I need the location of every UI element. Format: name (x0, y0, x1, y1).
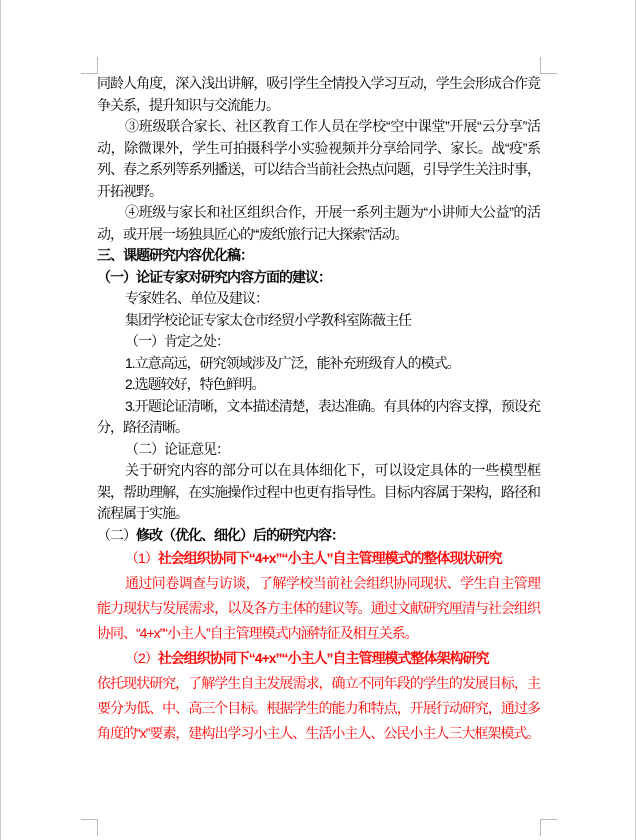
paragraph-text: 3.开题论证清晰，文本描述清楚，表达准确。有具体的内容支撑，预设充分，路径清晰。 (97, 398, 540, 436)
paragraph: 3.开题论证清晰，文本描述清楚，表达准确。有具体的内容支撑，预设充分，路径清晰。 (97, 396, 540, 439)
paragraph: 专家姓名、单位及建议： (97, 288, 540, 310)
paragraph-text: 通过问卷调查与访谈，了解学校当前社会组织协同现状、学生自主管理能力现状与发展需求… (97, 575, 540, 641)
paragraph-text: 关于研究内容的部分可以在具体细化下，可以设定具体的一些模型框架，帮助理解，在实施… (97, 462, 540, 521)
paragraph-prefix: （1） (125, 550, 158, 566)
paragraph: 同龄人角度，深入浅出讲解，吸引学生全情投入学习互动，学生会形成合作竞争关系，提升… (97, 73, 540, 116)
paragraph: 1.立意高远，研究领域涉及广泛，能补充班级育人的模式。 (97, 353, 540, 375)
paragraph: 三、课题研究内容优化稿： (97, 245, 540, 267)
document-page: 同龄人角度，深入浅出讲解，吸引学生全情投入学习互动，学生会形成合作竞争关系，提升… (0, 0, 637, 840)
paragraph: 依托现状研究，了解学生自主发展需求，确立不同年段的学生的发展目标，主要分为低、中… (97, 671, 540, 746)
paragraph-text: 社会组织协同下“4+x”“小主人”自主管理模式整体架构研究 (158, 650, 489, 666)
paragraph-text: 1.立意高远，研究领域涉及广泛，能补充班级育人的模式。 (125, 355, 460, 371)
paragraph: （二）论证意见： (97, 439, 540, 461)
paragraph-text: 同龄人角度，深入浅出讲解，吸引学生全情投入学习互动，学生会形成合作竞争关系，提升… (97, 75, 540, 113)
paragraph-prefix: （二） (97, 527, 136, 543)
paragraph: 2.选题较好，特色鲜明。 (97, 374, 540, 396)
paragraph-text: ④班级与家长和社区组织合作，开展一系列主题为“小讲师大公益”的活动，或开展一场独… (97, 204, 540, 242)
document-text-area: 同龄人角度，深入浅出讲解，吸引学生全情投入学习互动，学生会形成合作竞争关系，提升… (97, 73, 540, 746)
paragraph: （1）社会组织协同下“4+x”“小主人”自主管理模式的整体现状研究 (97, 546, 540, 571)
paragraph: （一）肯定之处： (97, 331, 540, 353)
paragraph: （二）修改（优化、细化）后的研究内容： (97, 525, 540, 547)
paragraph-text: 修改（优化、细化）后的研究内容： (136, 527, 344, 543)
paragraph: （2）社会组织协同下“4+x”“小主人”自主管理模式整体架构研究 (97, 646, 540, 671)
paragraph: ③班级联合家长、社区教育工作人员在学校“空中课堂”开展“云分享”活动，除微课外，… (97, 116, 540, 202)
paragraph-text: 三、课题研究内容优化稿： (97, 247, 253, 263)
paragraph: 通过问卷调查与访谈，了解学校当前社会组织协同现状、学生自主管理能力现状与发展需求… (97, 571, 540, 646)
margin-crop-mark-top-left (81, 57, 98, 74)
paragraph-text: 2.选题较好，特色鲜明。 (125, 376, 265, 392)
paragraph-text: 集团学校论证专家太仓市经贸小学教科室陈薇主任 (125, 312, 411, 328)
paragraph-text: （一）论证专家对研究内容方面的建议： (97, 269, 331, 285)
paragraph-prefix: （2） (125, 650, 158, 666)
margin-crop-mark-bottom-right (540, 819, 557, 836)
margin-crop-mark-top-right (540, 57, 557, 74)
margin-crop-mark-bottom-left (81, 819, 98, 836)
paragraph-text: 专家姓名、单位及建议： (125, 290, 268, 306)
page-left-edge (0, 0, 1, 840)
paragraph: 集团学校论证专家太仓市经贸小学教科室陈薇主任 (97, 310, 540, 332)
paragraph-text: 社会组织协同下“4+x”“小主人”自主管理模式的整体现状研究 (158, 550, 502, 566)
paragraph-text: （二）论证意见： (125, 441, 229, 457)
paragraph: ④班级与家长和社区组织合作，开展一系列主题为“小讲师大公益”的活动，或开展一场独… (97, 202, 540, 245)
paragraph: （一）论证专家对研究内容方面的建议： (97, 267, 540, 289)
paragraph-text: ③班级联合家长、社区教育工作人员在学校“空中课堂”开展“云分享”活动，除微课外，… (97, 118, 540, 199)
paragraph-text: （一）肯定之处： (125, 333, 229, 349)
page-right-edge (635, 0, 636, 840)
paragraph-text: 依托现状研究，了解学生自主发展需求，确立不同年段的学生的发展目标，主要分为低、中… (97, 675, 540, 741)
paragraph: 关于研究内容的部分可以在具体细化下，可以设定具体的一些模型框架，帮助理解，在实施… (97, 460, 540, 525)
